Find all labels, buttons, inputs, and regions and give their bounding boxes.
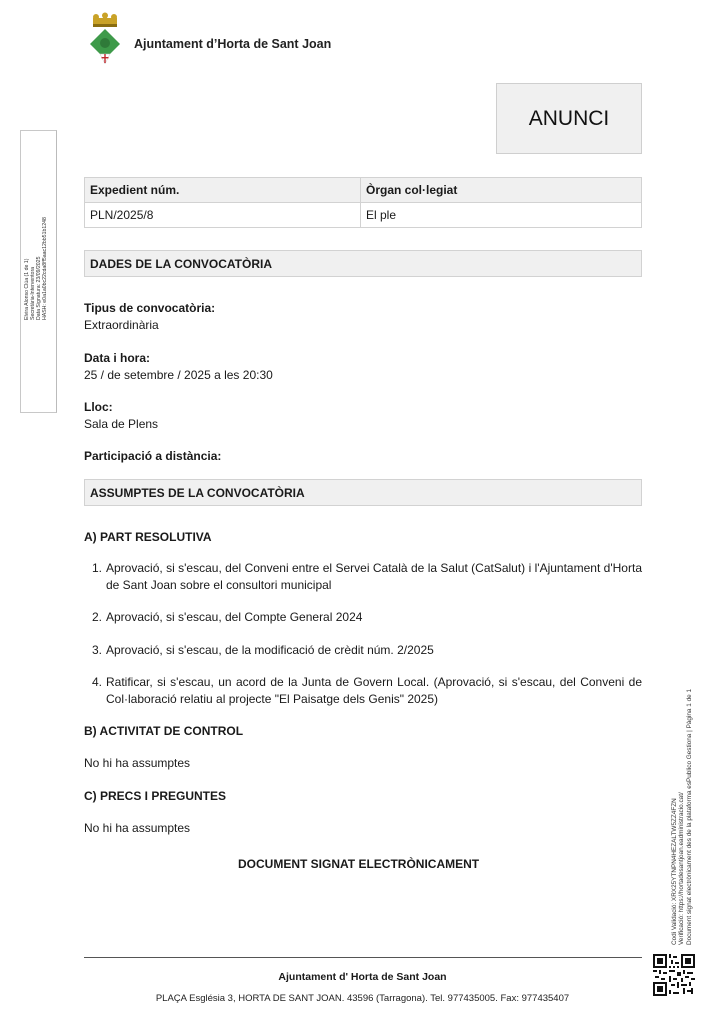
qr-code-icon[interactable] — [653, 954, 695, 996]
verification-stamp: Codi Validació: XRX25YTNPN4HEZALTW5ZZ4FZ… — [671, 689, 693, 945]
table-row: PLN/2025/8 El ple — [85, 203, 642, 228]
organization-name: Ajuntament d’Horta de Sant Joan — [134, 37, 331, 51]
header-organ: Òrgan col·legiat — [361, 178, 642, 203]
section-dades-convocatoria: DADES DE LA CONVOCATÒRIA — [84, 250, 642, 277]
organ-value: El ple — [361, 203, 642, 228]
part-b-heading: B) ACTIVITAT DE CONTROL — [84, 724, 243, 738]
part-a-heading: A) PART RESOLUTIVA — [84, 530, 212, 544]
document-type-label: ANUNCI — [529, 107, 610, 131]
signature-stamp-text: Elvira Alonso Clúa (1 de 1) Secretària-I… — [24, 217, 48, 320]
header-expedient: Expedient núm. — [85, 178, 361, 203]
signed-label: DOCUMENT SIGNAT ELECTRÒNICAMENT — [238, 857, 479, 871]
signed-platform-note: Document signat electrònicament des de l… — [686, 689, 693, 945]
part-c-text: No hi ha assumptes — [84, 821, 190, 835]
list-item: 2. Aprovació, si s'escau, del Compte Gen… — [92, 609, 642, 626]
signature-stamp: Elvira Alonso Clúa (1 de 1) Secretària-I… — [20, 130, 57, 413]
expedient-table: Expedient núm. Òrgan col·legiat PLN/2025… — [84, 177, 642, 228]
field-participacio: Participació a distància: — [84, 448, 221, 465]
part-c-heading: C) PRECS I PREGUNTES — [84, 789, 226, 803]
field-data-hora: Data i hora: 25 / de setembre / 2025 a l… — [84, 350, 273, 384]
footer-divider — [84, 957, 642, 958]
coat-of-arms-icon — [88, 12, 122, 66]
list-item: 3. Aprovació, si s'escau, de la modifica… — [92, 642, 642, 659]
section-assumptes: ASSUMPTES DE LA CONVOCATÒRIA — [84, 479, 642, 506]
list-item: 1. Aprovació, si s'escau, del Conveni en… — [92, 560, 642, 594]
field-tipus: Tipus de convocatòria: Extraordinària — [84, 300, 215, 334]
expedient-number: PLN/2025/8 — [85, 203, 361, 228]
footer-address: PLAÇA Església 3, HORTA DE SANT JOAN. 43… — [0, 993, 725, 1004]
part-b-text: No hi ha assumptes — [84, 756, 190, 770]
table-header-row: Expedient núm. Òrgan col·legiat — [85, 178, 642, 203]
footer-organization: Ajuntament d' Horta de Sant Joan — [0, 971, 725, 983]
validation-code: Codi Validació: XRX25YTNPN4HEZALTW5ZZ4FZ… — [671, 689, 678, 945]
list-item: 4. Ratificar, si s'escau, un acord de la… — [92, 674, 642, 708]
field-lloc: Lloc: Sala de Plens — [84, 399, 158, 433]
document-type-box: ANUNCI — [496, 83, 642, 154]
verification-url[interactable]: Verificació: https://hortadesantjoan.ead… — [678, 689, 685, 945]
